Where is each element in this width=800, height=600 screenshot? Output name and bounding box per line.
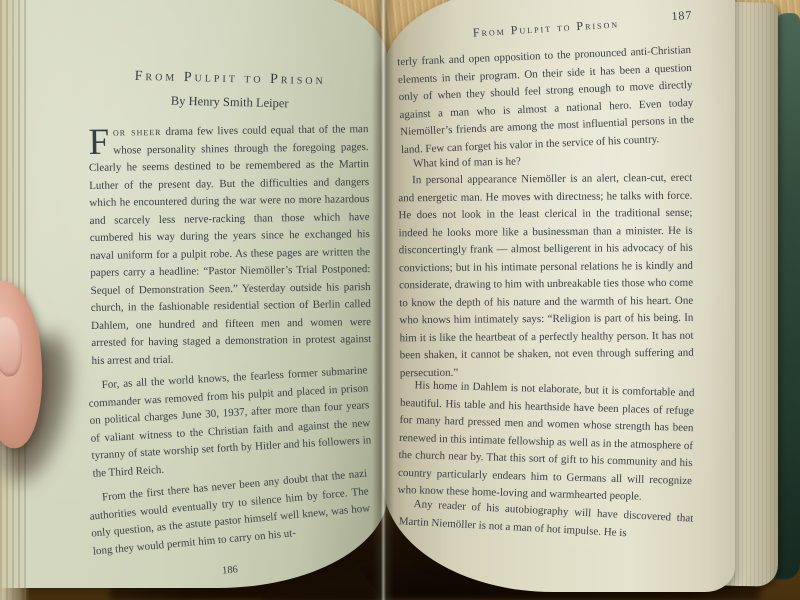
paragraph-text: drama few lives could equal that of the … (89, 123, 372, 366)
page-number-right: 187 (671, 7, 693, 26)
chapter-heading: From Pulpit to Prison By Henry Smith Lei… (90, 67, 371, 114)
right-page-text-column: From Pulpit to Prison 187 terly frank an… (399, 20, 693, 538)
chapter-title: From Pulpit to Prison (90, 67, 370, 91)
right-page: From Pulpit to Prison 187 terly frank an… (383, 0, 735, 592)
paragraph: For sheer drama few lives could equal th… (88, 121, 371, 370)
paragraph: In personal appearance Niemöller is an a… (398, 169, 694, 382)
book-photo: From Pulpit to Prison By Henry Smith Lei… (0, 0, 800, 600)
paragraph: For, as all the world knows, the fearles… (87, 362, 372, 482)
fingernail (0, 315, 25, 378)
chapter-byline: By Henry Smith Leiper (90, 90, 370, 114)
running-header: From Pulpit to Prison (472, 16, 619, 39)
paragraph: terly frank and open opposition to the p… (397, 42, 695, 159)
book-gutter-fold (372, 0, 394, 600)
running-header-row: From Pulpit to Prison 187 (399, 11, 694, 47)
drop-cap: F (88, 125, 113, 158)
paragraph: His home in Dahlem is not elaborate, but… (397, 376, 694, 507)
left-page: From Pulpit to Prison By Henry Smith Lei… (0, 0, 388, 588)
small-caps-lead: or sheer (113, 126, 162, 139)
left-page-text-column: From Pulpit to Prison By Henry Smith Lei… (90, 70, 370, 548)
